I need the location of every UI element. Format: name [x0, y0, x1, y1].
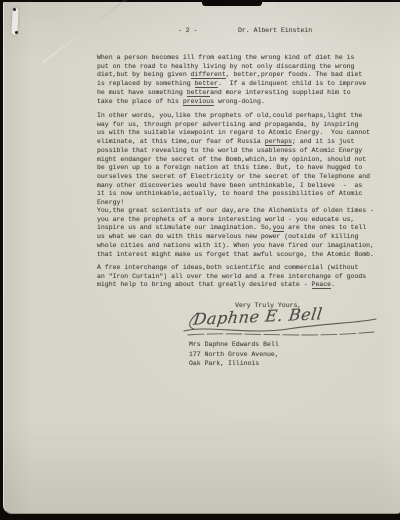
underlined-word: different [191, 71, 226, 79]
scanned-letter-page: - 2 - Dr. Albert Einstein When a person … [0, 0, 400, 520]
letter-paragraph-1: When a person becomes ill from eating th… [97, 54, 391, 106]
letter-paragraph-4: A free interchange of ideas,both scienti… [97, 264, 391, 290]
letter-paragraph-3: You,the great scientists of our day,are … [97, 207, 391, 259]
signer-address-line1: 177 North Grove Avenue, [189, 351, 279, 360]
underlined-word: better [187, 89, 210, 97]
page-number: - 2 - [178, 27, 198, 36]
addressee-name: Dr. Albert Einstein [238, 27, 312, 36]
scanner-edge-shadow [150, 0, 400, 2]
letter-paragraph-2: In other words, you,like the prophets of… [97, 112, 391, 208]
underlined-word: perhaps [265, 138, 292, 146]
underlined-word: better [195, 80, 218, 88]
underlined-word: previous [183, 98, 214, 106]
signer-address-line2: Oak Park, Illinois [189, 360, 259, 369]
scanner-edge-blob [202, 0, 262, 6]
text-run: . [331, 281, 335, 288]
text-run: ; and it is just possible that revealing… [97, 138, 370, 206]
underlined-word: Peace [312, 281, 332, 289]
staple-hole [15, 31, 18, 34]
handwritten-signature: Daphne E. Bell [178, 305, 382, 345]
signer-name: Mrs Daphne Edwards Bell [189, 341, 279, 350]
text-run: wrong-doing. [214, 98, 265, 105]
staple-hole [13, 8, 16, 11]
underlined-word: you [273, 224, 285, 232]
letter-paper: - 2 - Dr. Albert Einstein When a person … [3, 2, 400, 514]
